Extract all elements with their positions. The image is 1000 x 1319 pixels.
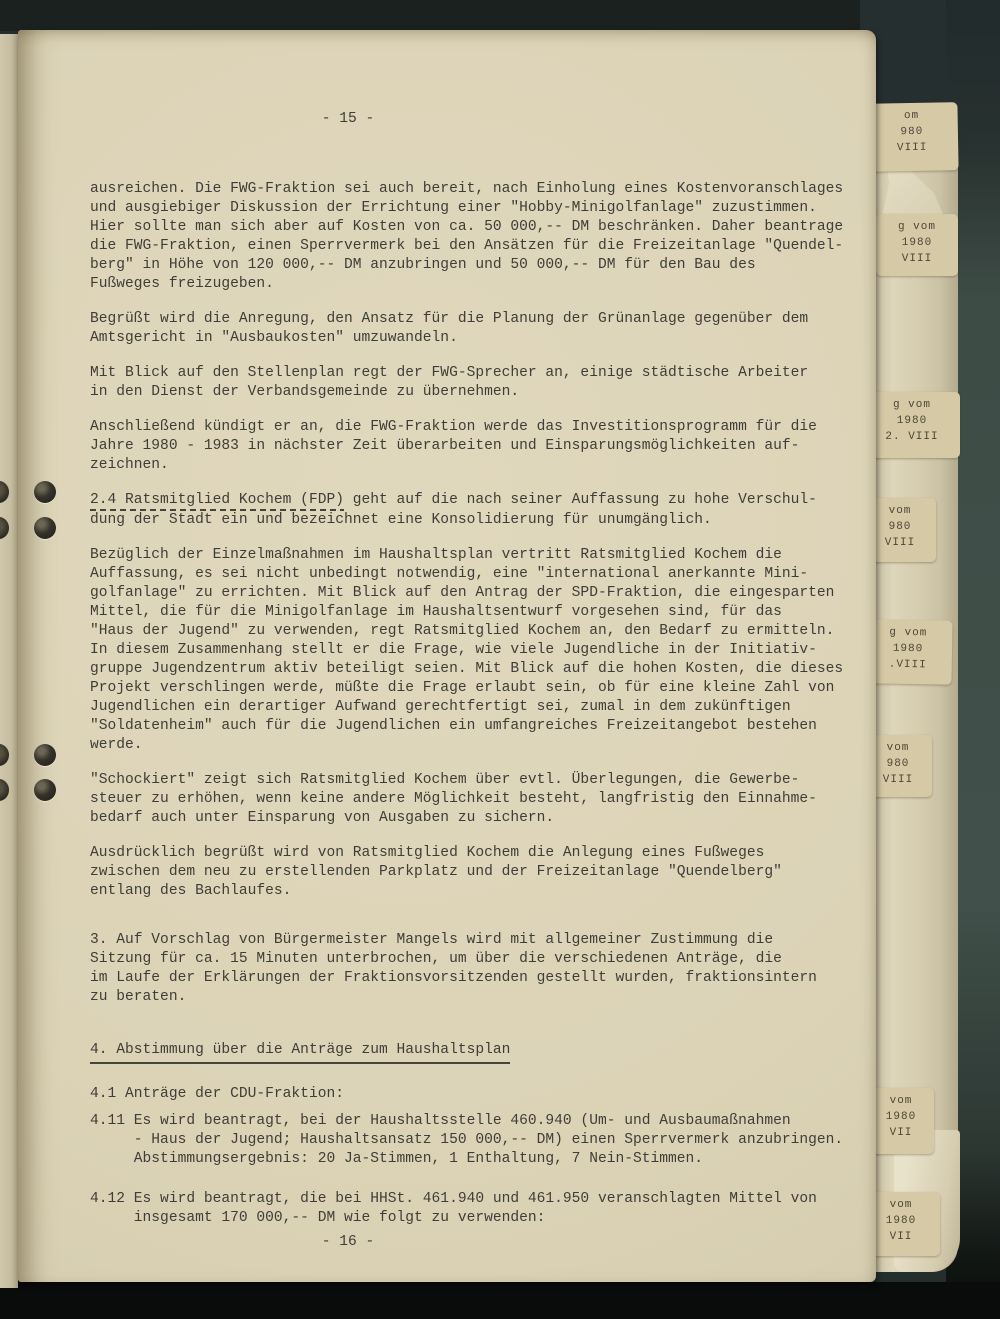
text-line: - Haus der Jugend; Haushaltsansatz 150 0…: [90, 1131, 876, 1150]
top-shadow-band: [0, 0, 1000, 31]
text-line: Projekt verschlingen werde, müßte die Fr…: [90, 679, 876, 698]
subsection-4-1: 4.1 Anträge der CDU-Fraktion:: [90, 1085, 876, 1104]
text-line: Mittel, die für die Minigolfanlage im Ha…: [90, 603, 876, 622]
binder-tab-label-line: 1980: [871, 1109, 931, 1125]
text-line: insgesamt 170 000,-- DM wie folgt zu ver…: [90, 1209, 876, 1228]
text-line: "Schockiert" zeigt sich Ratsmitglied Koc…: [90, 771, 876, 790]
text-line: Ausdrücklich begrüßt wird von Ratsmitgli…: [90, 844, 876, 863]
binder-tab-label-line: g vom: [867, 624, 949, 641]
text-line: und ausgiebiger Diskussion der Errichtun…: [90, 199, 876, 218]
paragraph: Mit Blick auf den Stellenplan regt der F…: [90, 364, 876, 402]
text-line: ausreichen. Die FWG-Fraktion sei auch be…: [90, 180, 876, 199]
binder-tab-label-line: g vom: [867, 397, 957, 413]
text-line: In diesem Zusammenhang stellt er die Fra…: [90, 641, 876, 660]
binder-tab-label-line: VII: [871, 1125, 931, 1141]
text-line: die FWG-Fraktion, einen Sperrvermerk bei…: [90, 237, 876, 256]
text-line: berg" in Höhe von 120 000,-- DM anzubrin…: [90, 256, 876, 275]
text-line: 3. Auf Vorschlag von Bürgermeister Mange…: [90, 931, 876, 950]
paragraph: Ausdrücklich begrüßt wird von Ratsmitgli…: [90, 844, 876, 901]
text-line: 4.12 Es wird beantragt, die bei HHSt. 46…: [90, 1190, 876, 1209]
binder-tab-label-line: g vom: [879, 219, 955, 235]
text-line: werde.: [90, 736, 876, 755]
text-line: gruppe Jugendzentrum aktiv beteiligt sei…: [90, 660, 876, 679]
document-page: - 15 - ausreichen. Die FWG-Fraktion sei …: [18, 30, 876, 1282]
binder-tab-label-line: om: [869, 107, 955, 124]
binder-tab-label-line: 1980: [879, 235, 955, 251]
punch-hole: [34, 517, 56, 539]
text-line: dung der Stadt ein und bezeichnet eine K…: [90, 511, 876, 530]
text-line: im Laufe der Erklärungen der Fraktionsvo…: [90, 969, 876, 988]
page-edge-strip: [0, 34, 18, 1288]
section-heading-4: 4. Abstimmung über die Anträge zum Haush…: [90, 1041, 876, 1064]
binder-tab: g vom 1980 .VIII: [863, 619, 952, 685]
binder-tab-label-line: 980: [869, 123, 955, 140]
text-line: zwischen dem neu zu erstellenden Parkpla…: [90, 863, 876, 882]
paragraph-item-3: 3. Auf Vorschlag von Bürgermeister Mange…: [90, 931, 876, 1007]
text-line: "Haus der Jugend" zu verwenden, regt Rat…: [90, 622, 876, 641]
binder-tab-label-line: 980: [867, 756, 929, 772]
binder-tab-label-line: VIII: [867, 535, 933, 551]
punch-hole: [0, 481, 9, 503]
binder-tab: vom 1980 VII: [868, 1088, 934, 1154]
text-line: Jugendlichen ein derartiger Aufwand gere…: [90, 698, 876, 717]
text-line: in den Dienst der Verbandsgemeinde zu üb…: [90, 383, 876, 402]
paragraph: ausreichen. Die FWG-Fraktion sei auch be…: [90, 180, 876, 294]
binder-tab-label-line: vom: [871, 1093, 931, 1109]
binder-tab-label-line: VIII: [867, 772, 929, 788]
document-body: ausreichen. Die FWG-Fraktion sei auch be…: [18, 129, 876, 1228]
text-line: bedarf auch unter Einsparung von Ausgabe…: [90, 809, 876, 828]
punch-hole: [34, 481, 56, 503]
binder-tab-label-line: vom: [867, 740, 929, 756]
binder-tab-label-line: 980: [867, 519, 933, 535]
binder-tab-label-line: 2. VIII: [867, 429, 957, 445]
text-line: Anschließend kündigt er an, die FWG-Frak…: [90, 418, 876, 437]
text-line: Bezüglich der Einzelmaßnahmen im Haushal…: [90, 546, 876, 565]
text-line: Abstimmungsergebnis: 20 Ja-Stimmen, 1 En…: [90, 1150, 876, 1169]
page-number-top: - 15 -: [18, 30, 678, 129]
text-line: Sitzung für ca. 15 Minuten unterbrochen,…: [90, 950, 876, 969]
text-line: Auffassung, es sei nicht unbedingt notwe…: [90, 565, 876, 584]
binder-tab-label-line: VIII: [879, 251, 955, 267]
page-number-bottom: - 16 -: [18, 1233, 678, 1252]
heading-rest-text: geht auf die nach seiner Auffassung zu h…: [344, 492, 817, 508]
text-line: Mit Blick auf den Stellenplan regt der F…: [90, 364, 876, 383]
underlined-heading: 4. Abstimmung über die Anträge zum Haush…: [90, 1041, 510, 1064]
text-line: steuer zu erhöhen, wenn keine andere Mög…: [90, 790, 876, 809]
paragraph: Begrüßt wird die Anregung, den Ansatz fü…: [90, 310, 876, 348]
motion-item-4-11: 4.11 Es wird beantragt, bei der Haushalt…: [90, 1112, 876, 1169]
text-line: 4.1 Anträge der CDU-Fraktion:: [90, 1085, 876, 1104]
bottom-shadow-band: [0, 1282, 1000, 1319]
punch-hole: [34, 744, 56, 766]
paragraph: Anschließend kündigt er an, die FWG-Frak…: [90, 418, 876, 475]
binder-tab-label-line: .VIII: [867, 656, 949, 673]
text-line: Fußweges freizugeben.: [90, 275, 876, 294]
scanned-binder-page: om 980 VIII g vom 1980 VIII g vom 1980 2…: [0, 0, 1000, 1319]
text-line: Amtsgericht in "Ausbaukosten" umzuwandel…: [90, 329, 876, 348]
text-line: 2.4 Ratsmitglied Kochem (FDP) geht auf d…: [90, 491, 876, 511]
text-line: "Soldatenheim" auch für die Jugendlichen…: [90, 717, 876, 736]
punch-hole: [34, 779, 56, 801]
binder-tab-label-line: vom: [867, 503, 933, 519]
text-line: Begrüßt wird die Anregung, den Ansatz fü…: [90, 310, 876, 329]
section-heading-2-4: 2.4 Ratsmitglied Kochem (FDP) geht auf d…: [90, 491, 876, 530]
text-line: 4.11 Es wird beantragt, bei der Haushalt…: [90, 1112, 876, 1131]
text-line: 4. Abstimmung über die Anträge zum Haush…: [90, 1041, 876, 1064]
text-line: Jahre 1980 - 1983 in nächster Zeit übera…: [90, 437, 876, 456]
motion-item-4-12: 4.12 Es wird beantragt, die bei HHSt. 46…: [90, 1190, 876, 1228]
text-line: zu beraten.: [90, 988, 876, 1007]
punch-hole: [0, 779, 9, 801]
text-line: zeichnen.: [90, 456, 876, 475]
dashed-underlined-heading: 2.4 Ratsmitglied Kochem (FDP): [90, 491, 344, 511]
binder-tab-label-line: 1980: [867, 413, 957, 429]
text-line: Hier sollte man sich aber auf Kosten von…: [90, 218, 876, 237]
punch-hole: [0, 744, 9, 766]
paragraph: "Schockiert" zeigt sich Ratsmitglied Koc…: [90, 771, 876, 828]
binder-tab: g vom 1980 VIII: [876, 214, 958, 276]
text-line: golfanlage" zu errichten. Mit Blick auf …: [90, 584, 876, 603]
binder-tab: g vom 1980 2. VIII: [864, 392, 960, 458]
binder-tab-label-line: VIII: [869, 139, 955, 156]
binder-tab: om 980 VIII: [865, 102, 958, 172]
binder-tab-label-line: 1980: [867, 640, 949, 657]
text-line: entlang des Bachlaufes.: [90, 882, 876, 901]
punch-hole: [0, 517, 9, 539]
paragraph: Bezüglich der Einzelmaßnahmen im Haushal…: [90, 546, 876, 755]
